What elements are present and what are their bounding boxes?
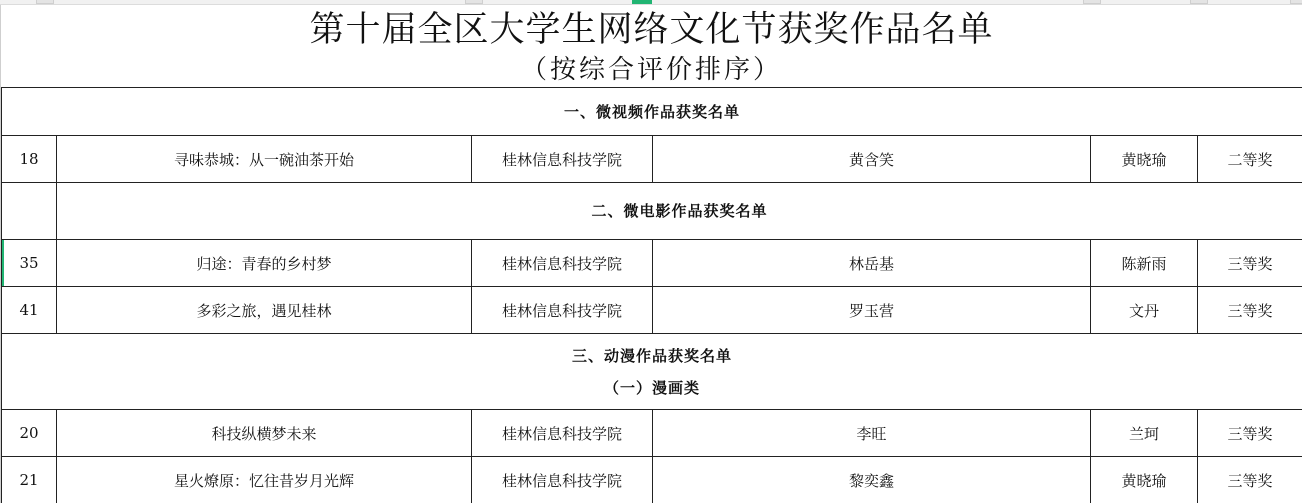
- cell-authors[interactable]: 黎奕鑫: [653, 457, 1091, 503]
- cell-school[interactable]: 桂林信息科技学院: [472, 136, 653, 183]
- spreadsheet: 第十届全区大学生网络文化节获奖作品名单 （按综合评价排序） 一、微视频作品获奖名…: [0, 5, 1302, 503]
- section-heading[interactable]: 三、动漫作品获奖名单 （一）漫画类: [2, 334, 1302, 410]
- active-column-indicator: [632, 0, 652, 4]
- cell-number[interactable]: 18: [2, 136, 57, 183]
- cell-work-title[interactable]: 科技纵横梦未来: [57, 410, 472, 457]
- section-header-row: 二、微电影作品获奖名单: [2, 183, 1302, 240]
- cell-advisor[interactable]: 黄晓瑜: [1091, 457, 1198, 503]
- cell-authors[interactable]: 黄含笑: [653, 136, 1091, 183]
- cell-work-title[interactable]: 归途：青春的乡村梦: [57, 240, 472, 287]
- cell-school[interactable]: 桂林信息科技学院: [472, 457, 653, 503]
- cell-authors[interactable]: 李旺: [653, 410, 1091, 457]
- column-resize-handle[interactable]: [1290, 0, 1302, 4]
- cell-advisor[interactable]: 陈新雨: [1091, 240, 1198, 287]
- column-resize-handle[interactable]: [1083, 0, 1101, 4]
- cell-school[interactable]: 桂林信息科技学院: [472, 287, 653, 334]
- cell-school[interactable]: 桂林信息科技学院: [472, 240, 653, 287]
- document-title: 第十届全区大学生网络文化节获奖作品名单: [1, 8, 1302, 52]
- cell-number[interactable]: 21: [2, 457, 57, 503]
- section-header-row: 一、微视频作品获奖名单: [2, 88, 1302, 136]
- cell-number[interactable]: 41: [2, 287, 57, 334]
- cell-award[interactable]: 三等奖: [1198, 457, 1302, 503]
- cell-number[interactable]: 20: [2, 410, 57, 457]
- column-resize-handle[interactable]: [36, 0, 54, 4]
- cell-advisor[interactable]: 兰珂: [1091, 410, 1198, 457]
- table-row[interactable]: 41 多彩之旅，遇见桂林 桂林信息科技学院 罗玉营 文丹 三等奖: [2, 287, 1302, 334]
- section-subheading-text: （一）漫画类: [2, 372, 1302, 404]
- column-resize-handle[interactable]: [1190, 0, 1208, 4]
- cell-work-title[interactable]: 寻味恭城：从一碗油茶开始: [57, 136, 472, 183]
- cell-number-empty[interactable]: [2, 183, 57, 240]
- title-cell[interactable]: 第十届全区大学生网络文化节获奖作品名单 （按综合评价排序）: [1, 5, 1302, 87]
- cell-award[interactable]: 三等奖: [1198, 287, 1302, 334]
- cell-award[interactable]: 三等奖: [1198, 240, 1302, 287]
- awards-table: 一、微视频作品获奖名单 18 寻味恭城：从一碗油茶开始 桂林信息科技学院 黄含笑…: [1, 87, 1302, 503]
- cell-work-title[interactable]: 多彩之旅，遇见桂林: [57, 287, 472, 334]
- cell-authors[interactable]: 罗玉营: [653, 287, 1091, 334]
- cell-advisor[interactable]: 黄晓瑜: [1091, 136, 1198, 183]
- section-heading-text: 一、微视频作品获奖名单: [2, 96, 1302, 128]
- table-row[interactable]: 18 寻味恭城：从一碗油茶开始 桂林信息科技学院 黄含笑 黄晓瑜 二等奖: [2, 136, 1302, 183]
- section-heading-text: 二、微电影作品获奖名单: [57, 195, 1302, 227]
- cell-school[interactable]: 桂林信息科技学院: [472, 410, 653, 457]
- cell-number[interactable]: 35: [2, 240, 57, 287]
- cell-award[interactable]: 三等奖: [1198, 410, 1302, 457]
- section-heading[interactable]: 二、微电影作品获奖名单: [57, 183, 1302, 240]
- document-subtitle: （按综合评价排序）: [1, 53, 1302, 87]
- cell-authors[interactable]: 林岳基: [653, 240, 1091, 287]
- table-row-selected[interactable]: 35 归途：青春的乡村梦 桂林信息科技学院 林岳基 陈新雨 三等奖: [2, 240, 1302, 287]
- cell-advisor[interactable]: 文丹: [1091, 287, 1198, 334]
- table-row[interactable]: 21 星火燎原：忆往昔岁月光辉 桂林信息科技学院 黎奕鑫 黄晓瑜 三等奖: [2, 457, 1302, 503]
- section-header-row: 三、动漫作品获奖名单 （一）漫画类: [2, 334, 1302, 410]
- cell-award[interactable]: 二等奖: [1198, 136, 1302, 183]
- section-heading[interactable]: 一、微视频作品获奖名单: [2, 88, 1302, 136]
- cell-work-title[interactable]: 星火燎原：忆往昔岁月光辉: [57, 457, 472, 503]
- section-heading-text: 三、动漫作品获奖名单: [2, 340, 1302, 372]
- table-row[interactable]: 20 科技纵横梦未来 桂林信息科技学院 李旺 兰珂 三等奖: [2, 410, 1302, 457]
- column-resize-handle[interactable]: [465, 0, 483, 4]
